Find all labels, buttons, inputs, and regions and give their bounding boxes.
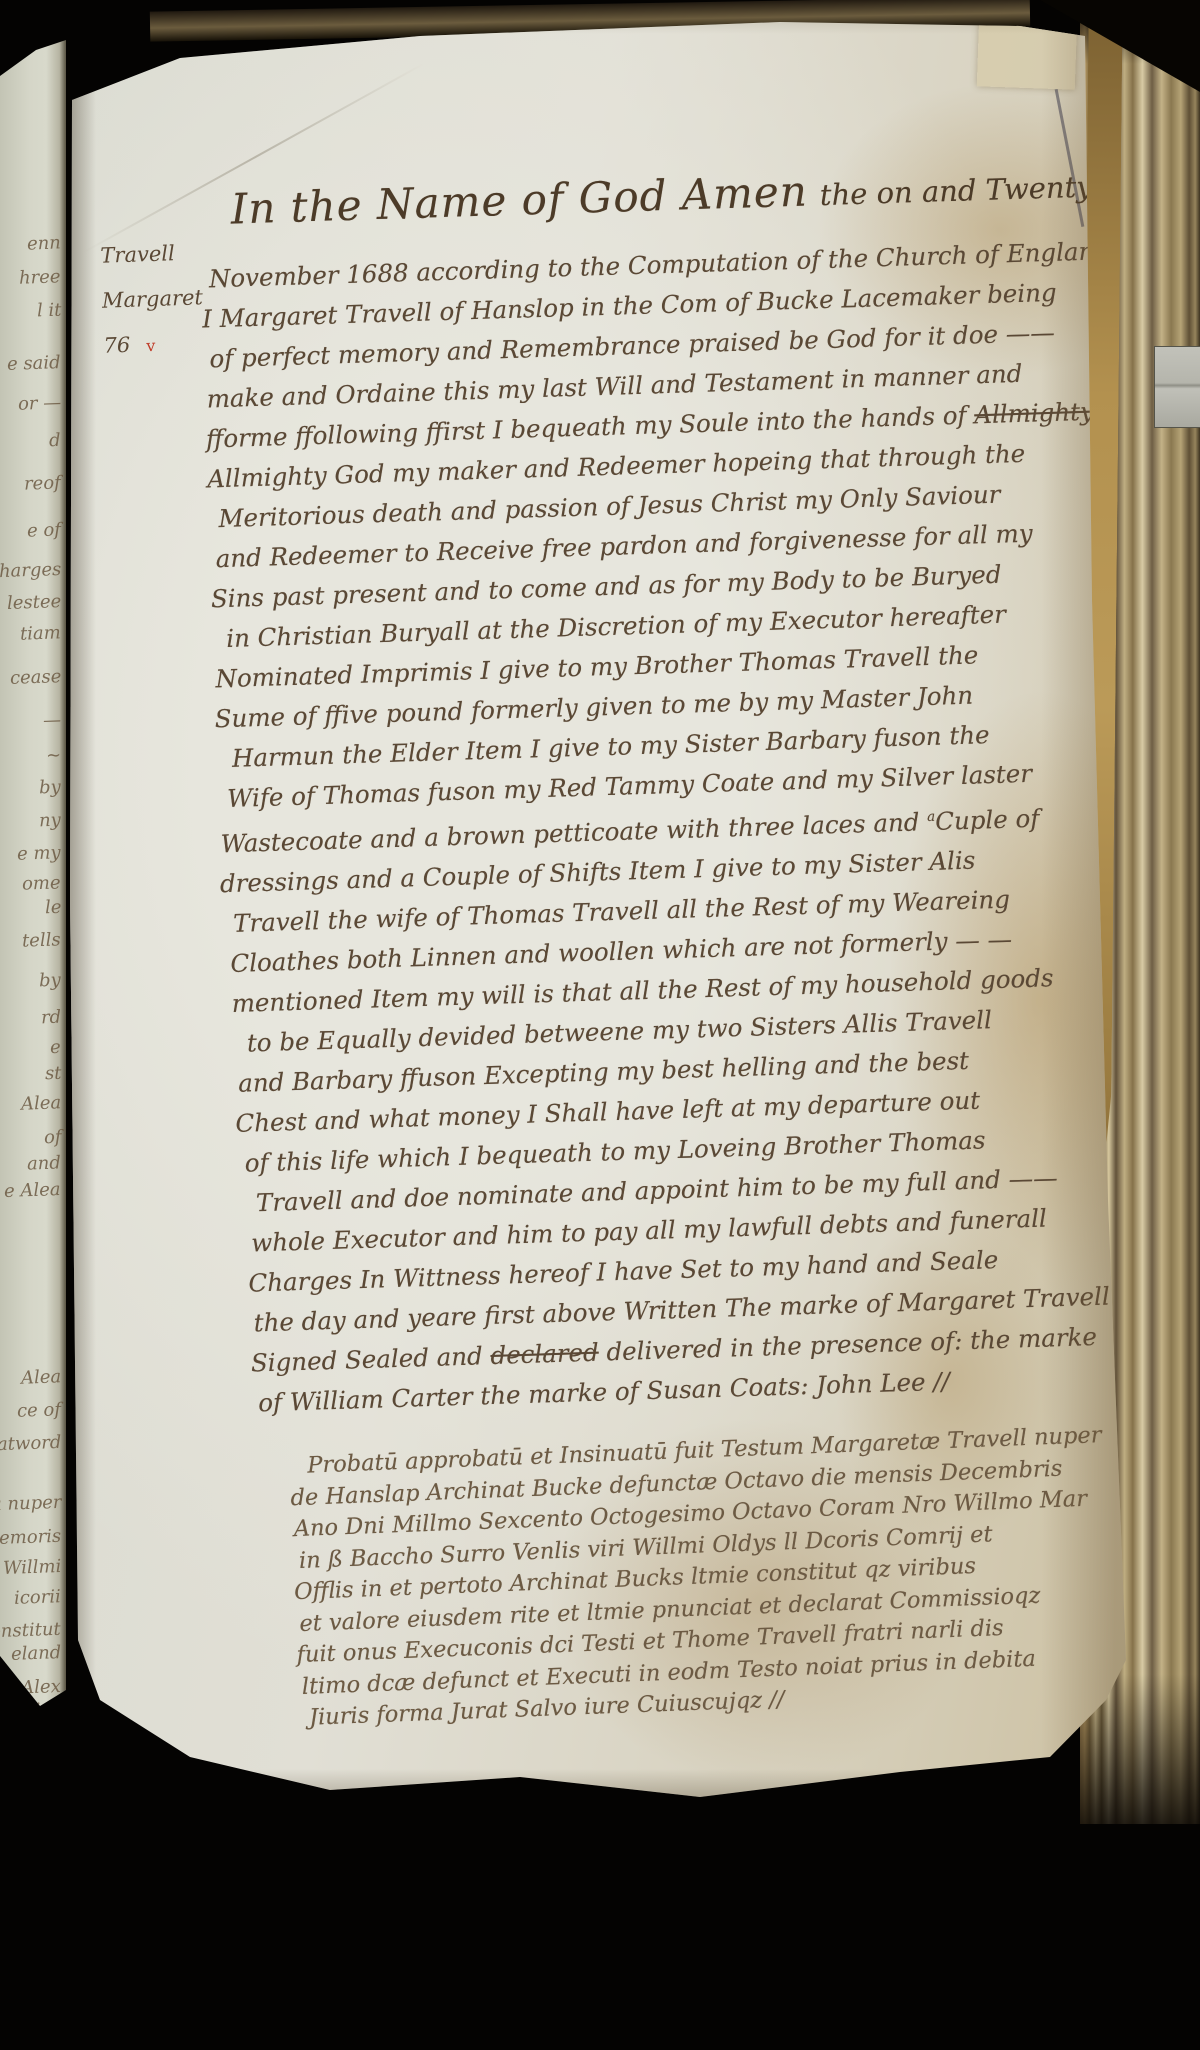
left-page-text-fragment: rd	[40, 1007, 61, 1029]
red-check-mark: v	[146, 336, 156, 355]
left-page-fragments: ennhreel ite saidor —dreofe ofhargeslest…	[0, 34, 66, 1740]
left-page-text-fragment: lestee	[6, 591, 61, 614]
left-page-text-fragment: Alea	[21, 1092, 62, 1114]
left-page-text-fragment: e Alea	[4, 1179, 61, 1202]
left-page-text-fragment: l it	[36, 300, 61, 322]
left-page-text-fragment: e said	[7, 352, 61, 375]
left-page-text-fragment: reof	[24, 472, 61, 494]
struck-word: declared	[490, 1338, 599, 1370]
left-page-text-fragment: cease	[9, 666, 61, 689]
left-page-text-fragment: atword	[0, 1432, 61, 1455]
left-page-text-fragment: e of	[27, 519, 62, 541]
left-page-text-fragment: icorii	[14, 1586, 62, 1609]
left-page-text-fragment: e	[50, 1037, 61, 1058]
left-page-text-fragment: and	[27, 1152, 62, 1174]
margin-number: 76	[103, 333, 131, 358]
left-page-text-fragment: ome	[22, 872, 61, 894]
left-page-text-fragment: ce of	[17, 1399, 62, 1422]
left-page-text-fragment: Alea	[21, 1366, 62, 1388]
left-page-text-fragment: of	[43, 1127, 61, 1149]
left-page-text-fragment: ~	[46, 745, 62, 767]
left-page-text-fragment: —	[43, 710, 62, 732]
struck-word: Allmighty	[974, 397, 1094, 430]
text-segment: Cuple of	[935, 804, 1040, 836]
left-page-text-fragment: eland	[10, 1642, 61, 1665]
will-text: In the Name of God Amenthe on and Twenty…	[186, 158, 1124, 1734]
left-page-text-fragment: a nuper	[0, 1492, 61, 1515]
left-page-text-fragment: le	[44, 897, 61, 919]
left-page-text-fragment: cemoris	[0, 1526, 61, 1550]
left-page-text-fragment: ny	[39, 810, 61, 832]
left-page-text-fragment: by	[39, 970, 61, 992]
left-page-text-fragment: or —	[17, 392, 61, 414]
left-page-text-fragment: e my	[17, 842, 61, 865]
text-segment: Signed Sealed and	[251, 1341, 491, 1378]
probate-paragraph: Probatū approbatū et Insinuatū fuit Test…	[289, 1420, 1125, 1735]
gray-page-tab	[1154, 346, 1200, 428]
left-page-text-fragment: Willmi	[2, 1556, 61, 1579]
left-page-text-fragment: d	[49, 430, 61, 451]
manuscript-page: Travell Margaret 76v In the Name of God …	[66, 0, 1126, 1815]
left-page-text-fragment: tells	[22, 929, 61, 951]
heading-invocation: In the Name of God Amen	[230, 166, 809, 233]
left-page-text-fragment: tiam	[20, 622, 62, 644]
will-body: November 1688 according to the Computati…	[188, 232, 1114, 1425]
manuscript-photo: ennhreel ite saidor —dreofe ofhargeslest…	[0, 0, 1200, 2050]
left-page-text-fragment: at prius	[0, 1699, 61, 1722]
left-page-text-fragment: li Alex	[4, 1676, 61, 1699]
left-page-text-fragment: st	[44, 1063, 61, 1085]
left-page-edge: ennhreel ite saidor —dreofe ofhargeslest…	[0, 34, 66, 1740]
left-page-text-fragment: onstitut	[0, 1619, 61, 1642]
left-page-text-fragment: hree	[19, 266, 61, 288]
left-page-text-fragment: harges	[0, 559, 61, 582]
left-page-text-fragment: enn	[27, 232, 62, 254]
left-page-text-fragment: by	[39, 777, 61, 799]
